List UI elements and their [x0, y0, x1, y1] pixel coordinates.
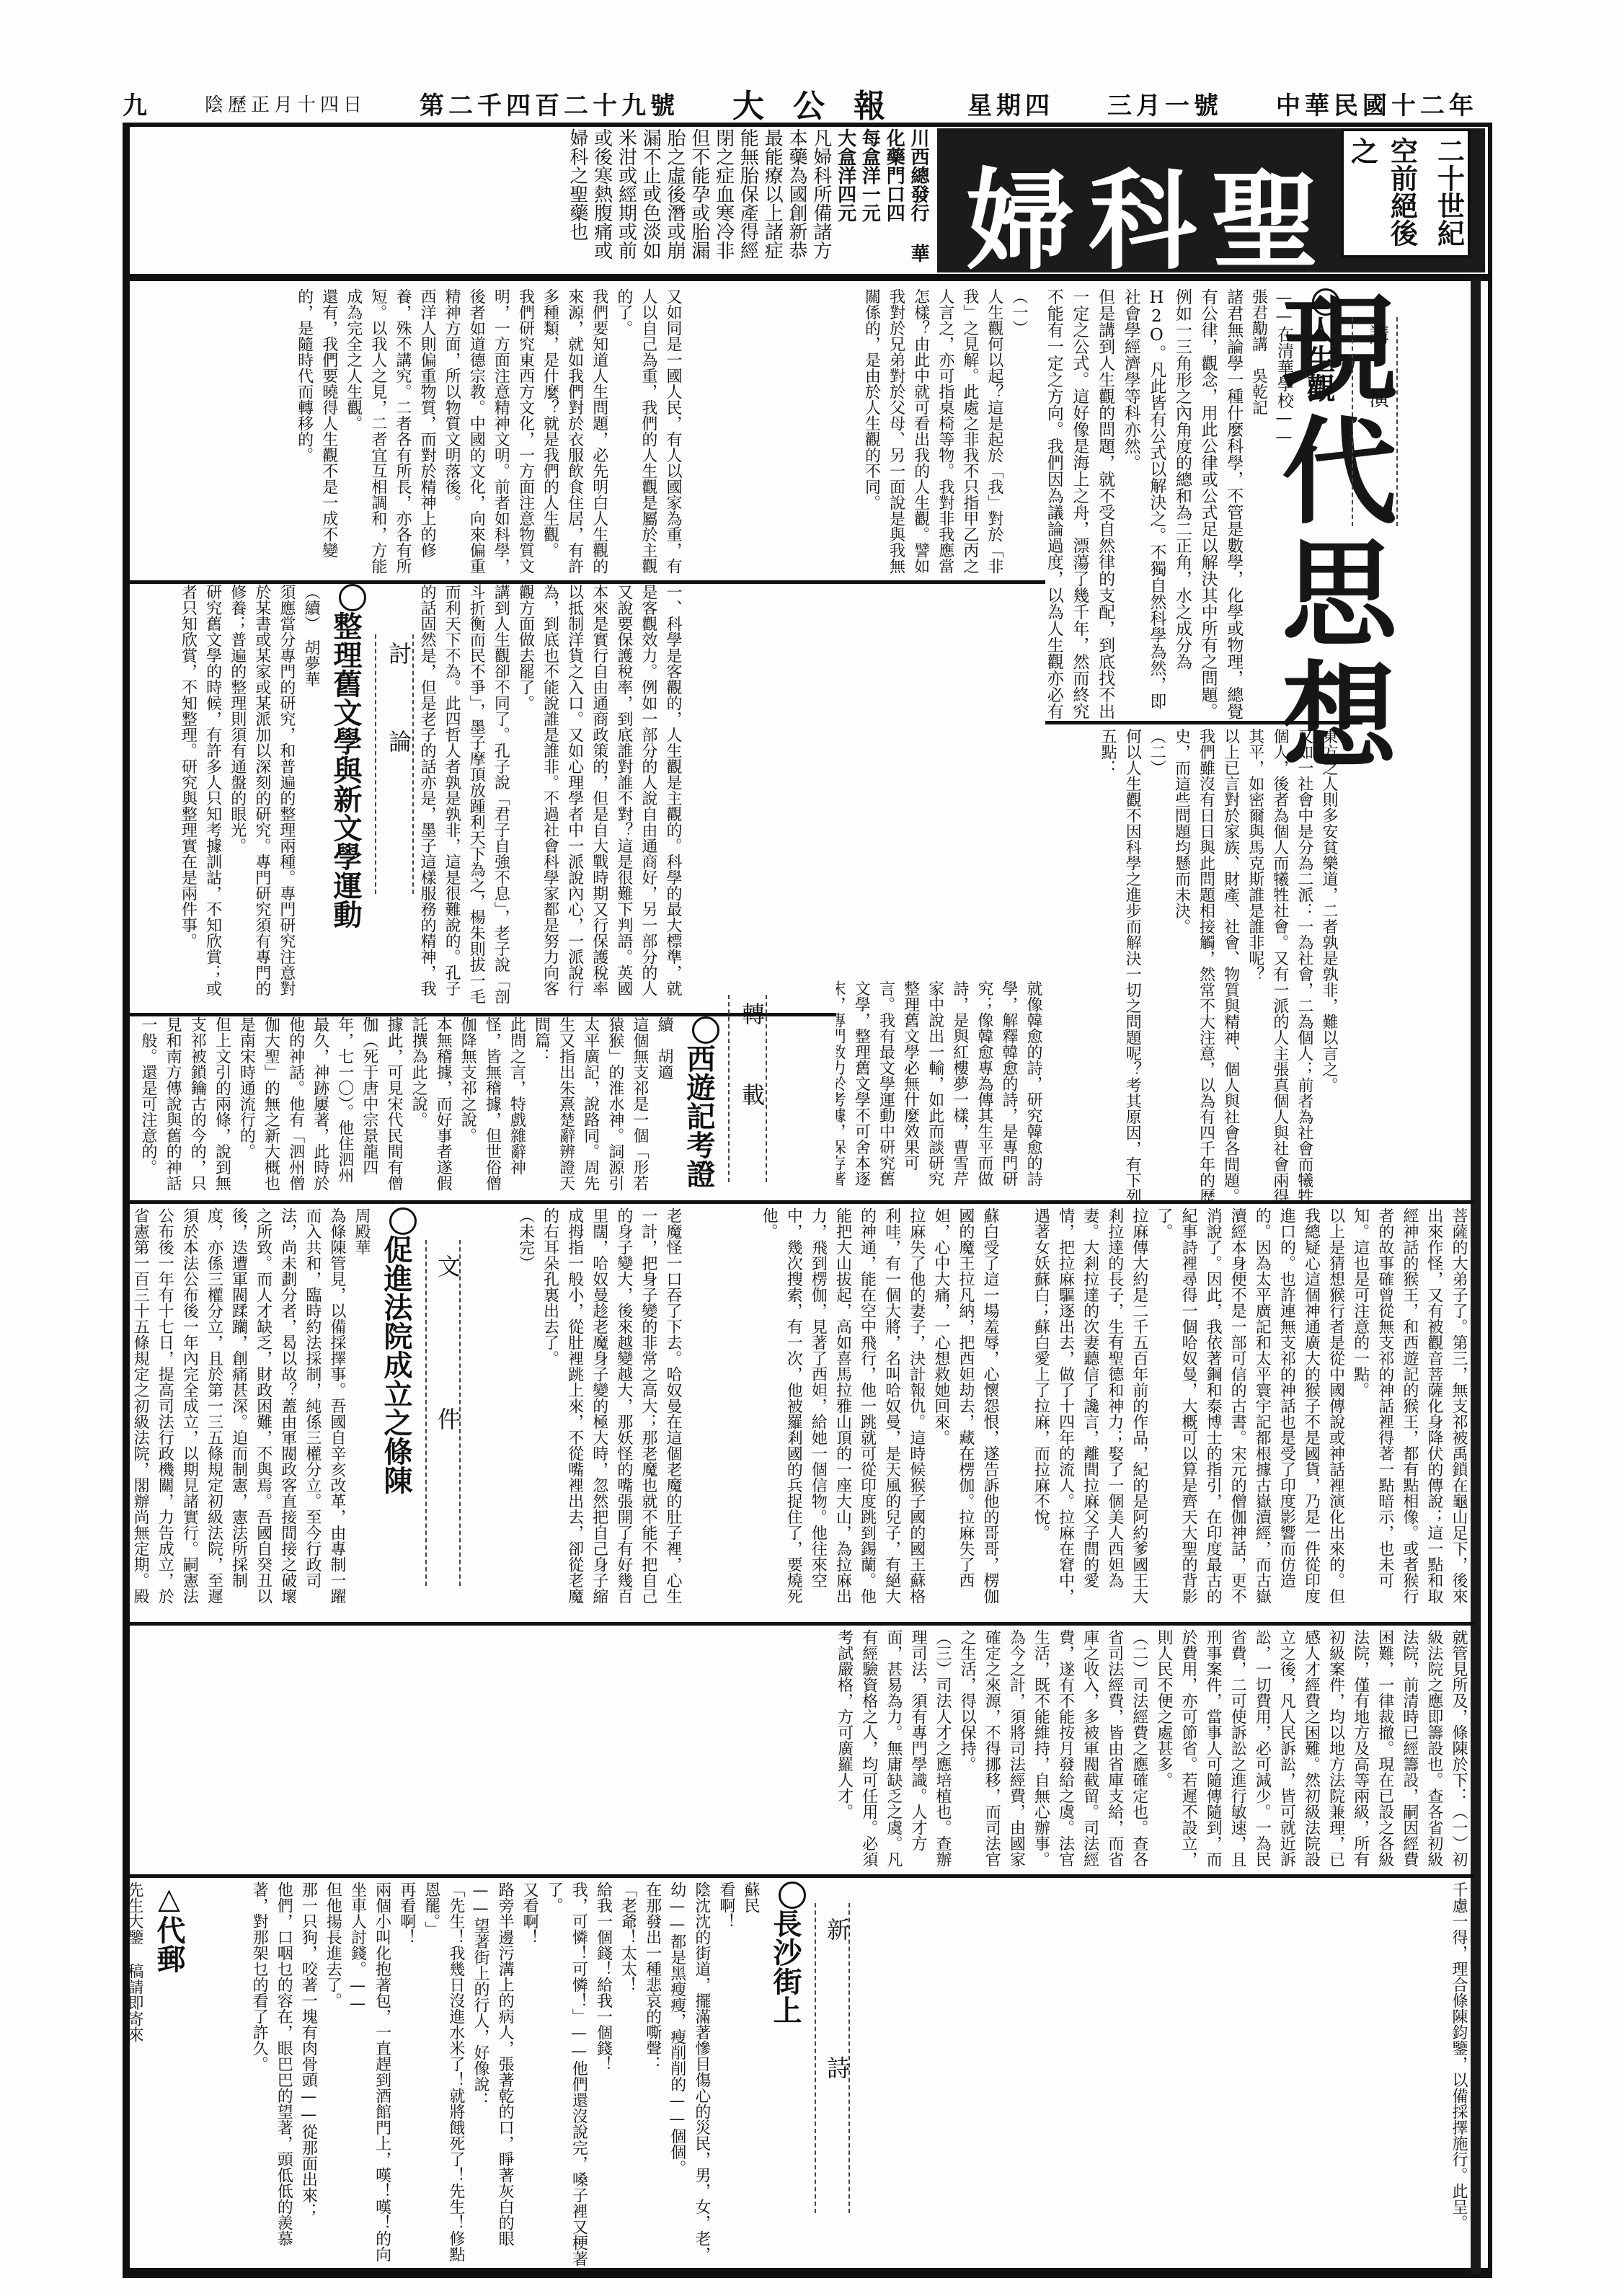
lecture-label-box: 講演 [1352, 317, 1398, 526]
lunar-date: 陰歷正月十四日 [205, 90, 366, 117]
poem-title: 長沙街上 [768, 1909, 802, 2024]
date-western: 中華民國十二年 [1276, 86, 1478, 121]
journey-west-cont-2: 蘇白受了這一場羞辱，心懷怨恨，遂告訴他的哥哥，楞伽國的魔王拉凡納，把西妲劫去，藏… [692, 1207, 1002, 1618]
ad-banner: 婦科聖品 二十世紀 空前絕後之 [937, 128, 1485, 272]
ad-headline: 婦科聖品 [937, 134, 1334, 272]
literature-title: 整理舊文學與新文學運動 [329, 611, 363, 928]
lecture-title: 人生觀 [1302, 316, 1336, 402]
lecture-speaker: 張君勱講 [1249, 288, 1267, 352]
journey-paragraph: 但上文引的兩條，說到無支祁被鎖鑰古的今的，只見和南方傳說與舊的神話一般。還是可注… [136, 1016, 234, 1197]
section-circle-icon [339, 584, 366, 611]
page-number: 九 [123, 86, 151, 121]
newspaper-page: 九 陰歷正月十四日 第二千四百二十九號 大公報 星期四 三月一號 中華民國十二年… [0, 0, 1622, 2296]
poem-line: 兩個小叫化抱著包，一直趕到酒館門上，嘆！嘆！的向坐車人討錢。—— [345, 1881, 394, 2271]
date-month-day: 三月一號 [1107, 86, 1223, 121]
poem-line: 但他揚長進去了。 [320, 1881, 345, 2271]
left-essay-paragraph: 我們要知道人生問題，必先明白人生觀的來源，就如我們對於衣服飲食住居，有許多種類，… [537, 288, 611, 577]
court-article-cont: 就管見所及，條陳於下：（一）初級法院之應即籌設也。查各省初級法院，前清時已經籌設… [130, 1629, 1471, 1867]
lecture-cont-paragraph: 以上已言對於家族、財產、社會、物質與精神、個人與社會各問題。我們雖沒有日日與此問… [1169, 728, 1242, 1204]
lecture-block: 人生觀 ——在清華學校—— 張君勱講 吳乾記 諸君無論學一種什麼科學，不管是數學… [1038, 288, 1341, 721]
lecture-part-one: （一） 人生觀何以起？這是起於「我」對於「非我」之見解。此處之非我不只指甲乙丙之… [692, 288, 1031, 577]
journey-author: 胡適 [655, 1048, 673, 1080]
literature-cont-label: （續） [302, 584, 320, 624]
court-paragraph: （二）司法經費之應確定也。查各省司法經費，皆由省庫支給，而省庫之收入，多被軍閥截… [954, 1629, 1151, 1867]
discussion-label: 討論 [382, 642, 415, 817]
poem-line: 在那發出一種悲哀的嘶聲： [640, 1881, 665, 2271]
journey-paragraph: 蘇白受了這一場羞辱，心懷怨恨，遂告訴他的哥哥，楞伽國的魔王拉凡納，把西妲劫去，藏… [929, 1207, 1002, 1618]
journey-west-cont-3: 老魔怪一口吞了下去。哈奴曼在這個老魔的肚子裡，心生一計，把身子變的非常之高大；那… [461, 1207, 685, 1618]
lecture-cont-paragraph: 講到人生觀卻不同了。孔子說「君子自強不息」，老子說「剖斗折衡而民不爭」，墨子摩頂… [418, 584, 513, 1009]
ad-price-1: 每盒洋一元 [857, 128, 882, 272]
poem-line: 再看啊！ [394, 1881, 419, 2271]
poem-line: 「先生！我幾日沒進水米了！就將餓死了！先生！修點恩罷。」 [419, 1881, 468, 2271]
poem-line: 給我一個錢！給我一個錢！ [590, 1881, 615, 2271]
poem-line: 路旁半邊污溝上的病人，張著乾的口，睜著灰白的眼——望著街上的行人，好像說： [468, 1881, 517, 2271]
literature-paragraph: 研究舊文學的時候，有許多人只知考據訓詁，不知欣賞；或者只知欣賞，不知整理。研究與… [175, 584, 224, 1009]
court-paragraph: 千慮一得，理合條陳鈞鑒，以備採擇施行。此呈。 [1446, 1881, 1471, 2271]
lecture-continued-2: 一、科學是客觀的，人生觀是主觀的。科學的最大標準，就是客觀效力。例如一部分的人說… [418, 584, 685, 1009]
poem-line: 陰沈沈的街道，擺滿著慘目傷心的災民，男，女，老，幼——都是黑瘦瘦，瘦削削的——個… [665, 1881, 714, 2271]
poem-line: 看啊！ [714, 1881, 738, 2271]
left-essay-paragraph: 又如同是一國人民，有人以國家為重，有人以自己為重，我們的人生觀是屬於主觀的了。 [611, 288, 685, 577]
section-circle-icon [692, 1016, 719, 1044]
court-article: 促進法院成立之條陳 周殿華 為條陳管見，以備採擇事。吾國自辛亥改革，由專制一躍而… [130, 1207, 418, 1618]
court-title: 促進法院成立之條陳 [379, 1235, 413, 1494]
journey-paragraph: 據此，可見宋代民間有僧伽（死于唐中宗景龍四年，七一〇）。他住泗州最久，神跡屢著，… [234, 1016, 406, 1197]
court-paragraph: （三）司法人才之應培植也。查辦理司法，須有專門學識。人才方面，甚易為力。無庸缺乏… [832, 1629, 954, 1867]
literature-paragraph: 須應當分專門的研究，和普遍的整理兩種。專門研究注意對於某書或某家或某派加以深刻的… [225, 584, 298, 1009]
journey-paragraph: 這個無支祁是一個「形若猿猴」的淮水神。詞源引太平廣記，說路同。周先生又指出朱熹楚… [528, 1016, 651, 1197]
weekday: 星期四 [967, 86, 1054, 121]
divider [126, 1874, 1474, 1878]
poem: 長沙街上 蘇民 看啊！ 陰沈沈的街道，擺滿著慘目傷心的災民，男，女，老，幼——都… [195, 1881, 807, 2271]
journey-paragraph: 拉麻傳大約是二千五百年前的作品，紀的是阿約爹國王大剎拉達的長子，生有聖德和神力；… [1028, 1207, 1151, 1618]
lecture-label: 講演 [1363, 324, 1392, 451]
lecture-subtitle: ——在清華學校—— [1270, 288, 1296, 721]
court-paragraph: 為條陳管見，以備採擇事。吾國自辛亥改革，由專制一躍而入共和，臨時約法採制，純係三… [130, 1207, 349, 1618]
ad-tag-line-2: 空前絕後之 [1343, 137, 1422, 249]
poetry-label-box: 新詩 [815, 1903, 850, 2213]
mail-notice-text: 先生大鑒 稿請即寄來 [130, 1881, 146, 2271]
lecture-cont-paragraph: 東方之人則多安貧樂道，二者孰是孰非，難以言之。 [1316, 728, 1341, 1204]
divider [1045, 721, 1362, 724]
left-essay: 又如同是一國人民，有人以國家為重，有人以自己為重，我們的人生觀是屬於主觀的了。 … [130, 288, 685, 577]
poetry-label: 新詩 [820, 1918, 854, 2194]
literature-author: 胡夢華 [302, 639, 320, 687]
journey-west-cont-1: 菩薩的大弟子了。第三，無支祁被禹鎖在龜山足下，後來出來作怪，又有被觀音菩薩化身降… [1009, 1207, 1471, 1618]
court-paragraph: 就管見所及，條陳於下：（一）初級法院之應即籌設也。查各省初級法院，前清時已經籌設… [1151, 1629, 1471, 1867]
ad-price-2: 大盒洋四元 [833, 128, 857, 272]
poem-line: 那一只狗，咬著一塊有肉骨頭——從那面出來； [296, 1881, 320, 2271]
mail-notice: △代郵 先生大鑒 稿請即寄來 [130, 1881, 191, 2271]
court-author: 周殿華 [349, 1207, 373, 1618]
ad-tag-line-1: 二十世紀 [1430, 137, 1469, 249]
documents-label-box: 文件 [425, 1240, 461, 1586]
lecture-recorder: 吳乾記 [1249, 368, 1267, 415]
poem-line: 又看啊！ [517, 1881, 541, 2271]
reprint-label: 轉載 [735, 1002, 768, 1163]
section-circle-icon [779, 1881, 806, 1909]
ad-description: 凡婦科所備諸方本藥為國創新恭最能療以上諸症能無胎保產得經閉之症血寒冷非但不能孕或… [564, 128, 833, 272]
literature-paragraph: 就像韓愈的詩，研究韓愈的詩學，解釋韓愈的詩，是專門研究；像韓愈專為傳其生平而做詩… [836, 980, 1045, 1197]
journey-title: 西遊記考證 [682, 1044, 716, 1188]
left-essay-paragraph: 西洋人則偏重物質，而對於精神上的修養，殊不講究。二者各有所長，亦各有所短。以我人… [341, 288, 439, 577]
journey-paragraph: 老魔怪一口吞了下去。哈奴曼在這個老魔的肚子裡，心生一計，把身子變的非常之高大；那… [537, 1207, 685, 1618]
journey-cont-label: 續 [655, 1016, 673, 1032]
court-article-end: 千慮一得，理合條陳鈞鑒，以備採擇施行。此呈。 [908, 1881, 1471, 2271]
left-essay-paragraph: 還有，我們要曉得人生觀不是一成不變的，是隨時代而轉移的。 [292, 288, 341, 577]
discussion-label-box: 討論 [375, 634, 414, 894]
part-one-text: 人生觀何以起？這是起於「我」對於「非我」之見解。此處之非我不只指甲乙丙之人言之，… [859, 288, 1006, 577]
divider [126, 1200, 1474, 1204]
mail-notice-title: 代郵 [152, 1915, 186, 1973]
journey-paragraph: 拉麻失了他的妻子，決計報仇。這時候猴子國的國王蘇格利哇，有一個大將，名叫哈奴曼，… [756, 1207, 929, 1618]
lecture-cont-paragraph: 一、科學是客觀的，人生觀是主觀的。科學的最大標準，就是客觀效力。例如一部分的人說… [513, 584, 685, 1009]
divider [126, 274, 1489, 281]
ad-address: 川西總發行 華化藥門口四 [881, 128, 930, 272]
poem-line: 「老爺！太太！ [615, 1881, 639, 2271]
lecture-cont-paragraph: 又如一社會中是分為二派：一為社會，二為個人；前者為社會而犧牲個人，後者為個人而犧… [1243, 728, 1316, 1204]
right-border-bar [1471, 278, 1481, 2274]
lecture-cont-paragraph: （二） [1144, 728, 1169, 1204]
triangle-icon: △ [152, 1881, 186, 1915]
lecture-paragraph: 諸君無論學一種什麼科學，不管是數學，化學或物理，總覺有公律，觀念，用此公律或公式… [1117, 288, 1246, 721]
section-circle-icon [1312, 288, 1339, 316]
end-note: （未完） [513, 1207, 537, 1618]
literature-article-cont: 就像韓愈的詩，研究韓愈的詩學，解釋韓愈的詩，是專門研究；像韓愈專為傳其生平而做詩… [836, 980, 1045, 1197]
lecture-cont-paragraph: 何以人生觀不因科學之進步而解決一切之問題呢？考其原因，有下列五點： [1095, 728, 1144, 1204]
journey-paragraph: 菩薩的大弟子了。第三，無支祁被禹鎖在龜山足下，後來出來作怪，又有被觀音菩薩化身降… [1348, 1207, 1471, 1618]
journey-paragraph: 此問之言，特戲雜辭神怪，皆無稽據，但世俗僧伽降無支祁之說。 [455, 1016, 528, 1197]
reprint-label-box: 轉載 [728, 995, 767, 1182]
literature-article: 整理舊文學與新文學運動 （續） 胡夢華 須應當分專門的研究，和普遍的整理兩種。專… [130, 584, 368, 1009]
masthead: 九 陰歷正月十四日 第二千四百二十九號 大公報 星期四 三月一號 中華民國十二年 [123, 85, 1478, 121]
issue-number: 第二千四百二十九號 [420, 86, 679, 121]
journey-paragraph: 以上是猜想猴行者是從中國傳說或神話裡演化出來的。但我總疑心這個神通廣大的猴子不是… [1151, 1207, 1348, 1618]
ad-tag: 二十世紀 空前絕後之 [1341, 128, 1471, 258]
ad-body: 川西總發行 華化藥門口四 每盒洋一元 大盒洋四元 凡婦科所備諸方本藥為國創新恭最… [130, 128, 930, 272]
divider [126, 1622, 1474, 1626]
documents-label: 文件 [431, 1254, 464, 1560]
left-essay-paragraph: 我們研究東西方文化，一方面注意物質文明，一方面注意精神文明。前者如科學，後者如道… [439, 288, 537, 577]
poem-author: 蘇民 [738, 1881, 763, 2271]
part-one-label: （一） [1006, 288, 1031, 577]
lecture-paragraph: 但是講到人生觀的問題，就不受自然律的支配，到底找不出一定之公式。這好像是海上之舟… [1038, 288, 1117, 721]
section-circle-icon [389, 1207, 417, 1235]
journey-paragraph: 本無稽據，而好事者遂假託撰為此之說。 [406, 1016, 455, 1197]
paper-name: 大公報 [732, 80, 914, 126]
poem-line: 我，可憐！可憐！」——他們還沒說完，嗓子裡又梗著了。 [541, 1881, 590, 2271]
poem-line: 他們，口咽乜的容在，眼巴巴的望著，頭低低的羨慕著，對那架乜的看了許久。 [247, 1881, 296, 2271]
journey-west-article: 西遊記考證 續 胡適 這個無支祁是一個「形若猿猴」的淮水神。詞源引太平廣記，說路… [130, 1016, 721, 1197]
